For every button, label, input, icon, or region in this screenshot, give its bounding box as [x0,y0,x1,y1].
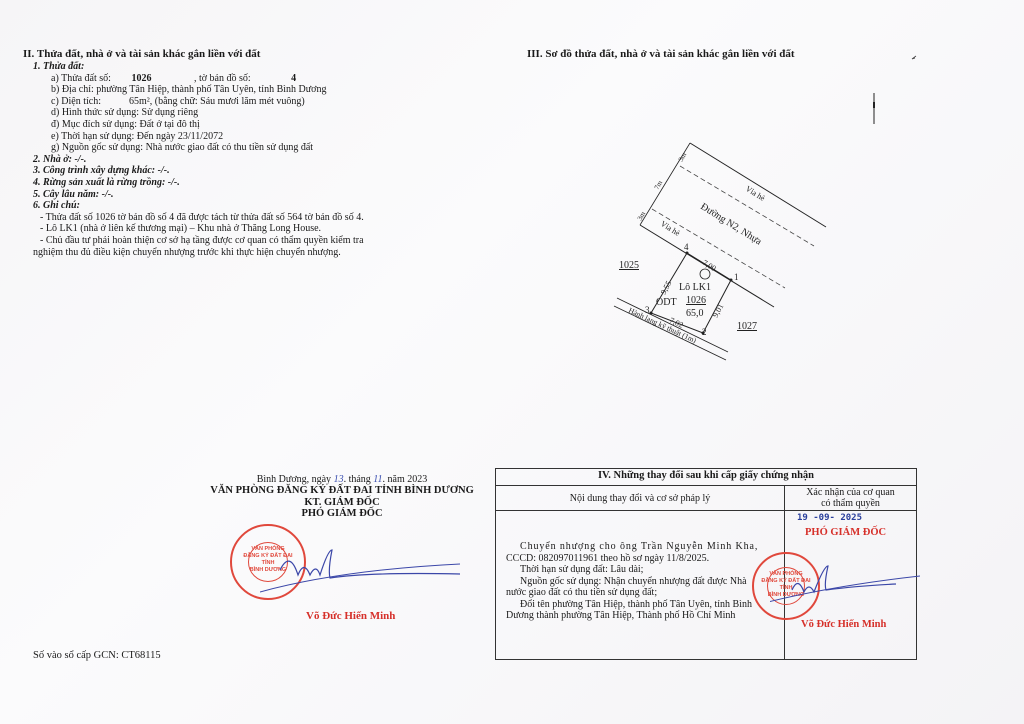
certificate-page: II. Thửa đất, nhà ở và tài sản khác gắn … [0,0,1024,724]
svg-text:7m: 7m [653,179,665,191]
svg-text:2: 2 [702,327,707,337]
kt-title: KT. GIÁM ĐỐC [192,497,492,509]
svg-text:1: 1 [734,272,739,282]
change-content: Chuyển nhượng cho ông Trần Nguyễn Minh K… [496,511,785,660]
svg-text:Đường N2, Nhựa: Đường N2, Nhựa [698,201,763,248]
signer-name: Võ Đức Hiến Minh [306,610,395,622]
svg-text:65,0: 65,0 [686,308,704,319]
svg-text:1025: 1025 [619,260,639,271]
col-header-content: Nội dung thay đổi và cơ sở pháp lý [496,486,785,511]
svg-text:4: 4 [684,242,689,252]
confirm-date: 19 -09- 2025 [797,513,862,523]
signature-icon [260,540,490,600]
issue-date: Bình Dương, ngày 13. tháng 11. năm 2023 [192,474,492,485]
signature-block: Bình Dương, ngày 13. tháng 11. năm 2023 … [192,474,492,520]
svg-text:Lô LK1: Lô LK1 [679,282,711,293]
north-arrow-icon [873,93,875,124]
mark-icon [912,56,916,59]
svg-text:Vỉa hè: Vỉa hè [659,219,682,238]
col-header-confirm: Xác nhận của cơ quan có thẩm quyền [785,486,917,511]
svg-text:9,01: 9,01 [711,302,726,319]
signer-role: PHÓ GIÁM ĐỐC [192,508,492,520]
svg-text:1027: 1027 [737,321,757,332]
gcn-registration-number: Số vào sổ cấp GCN: CT68115 [33,650,161,661]
issuing-office: VĂN PHÒNG ĐĂNG KÝ ĐẤT ĐAI TỈNH BÌNH DƯƠN… [192,485,492,497]
confirm-signature-icon [770,560,920,610]
confirm-role: PHÓ GIÁM ĐỐC [805,527,886,538]
changes-title: IV. Những thay đổi sau khi cấp giấy chứn… [496,469,917,486]
svg-text:1026: 1026 [686,295,706,306]
svg-text:ODT: ODT [656,297,677,308]
svg-text:Vỉa hè: Vỉa hè [744,184,767,203]
svg-text:3m: 3m [636,210,648,222]
confirm-signer: Võ Đức Hiến Minh [801,619,886,630]
svg-text:9,55: 9,55 [659,279,674,296]
